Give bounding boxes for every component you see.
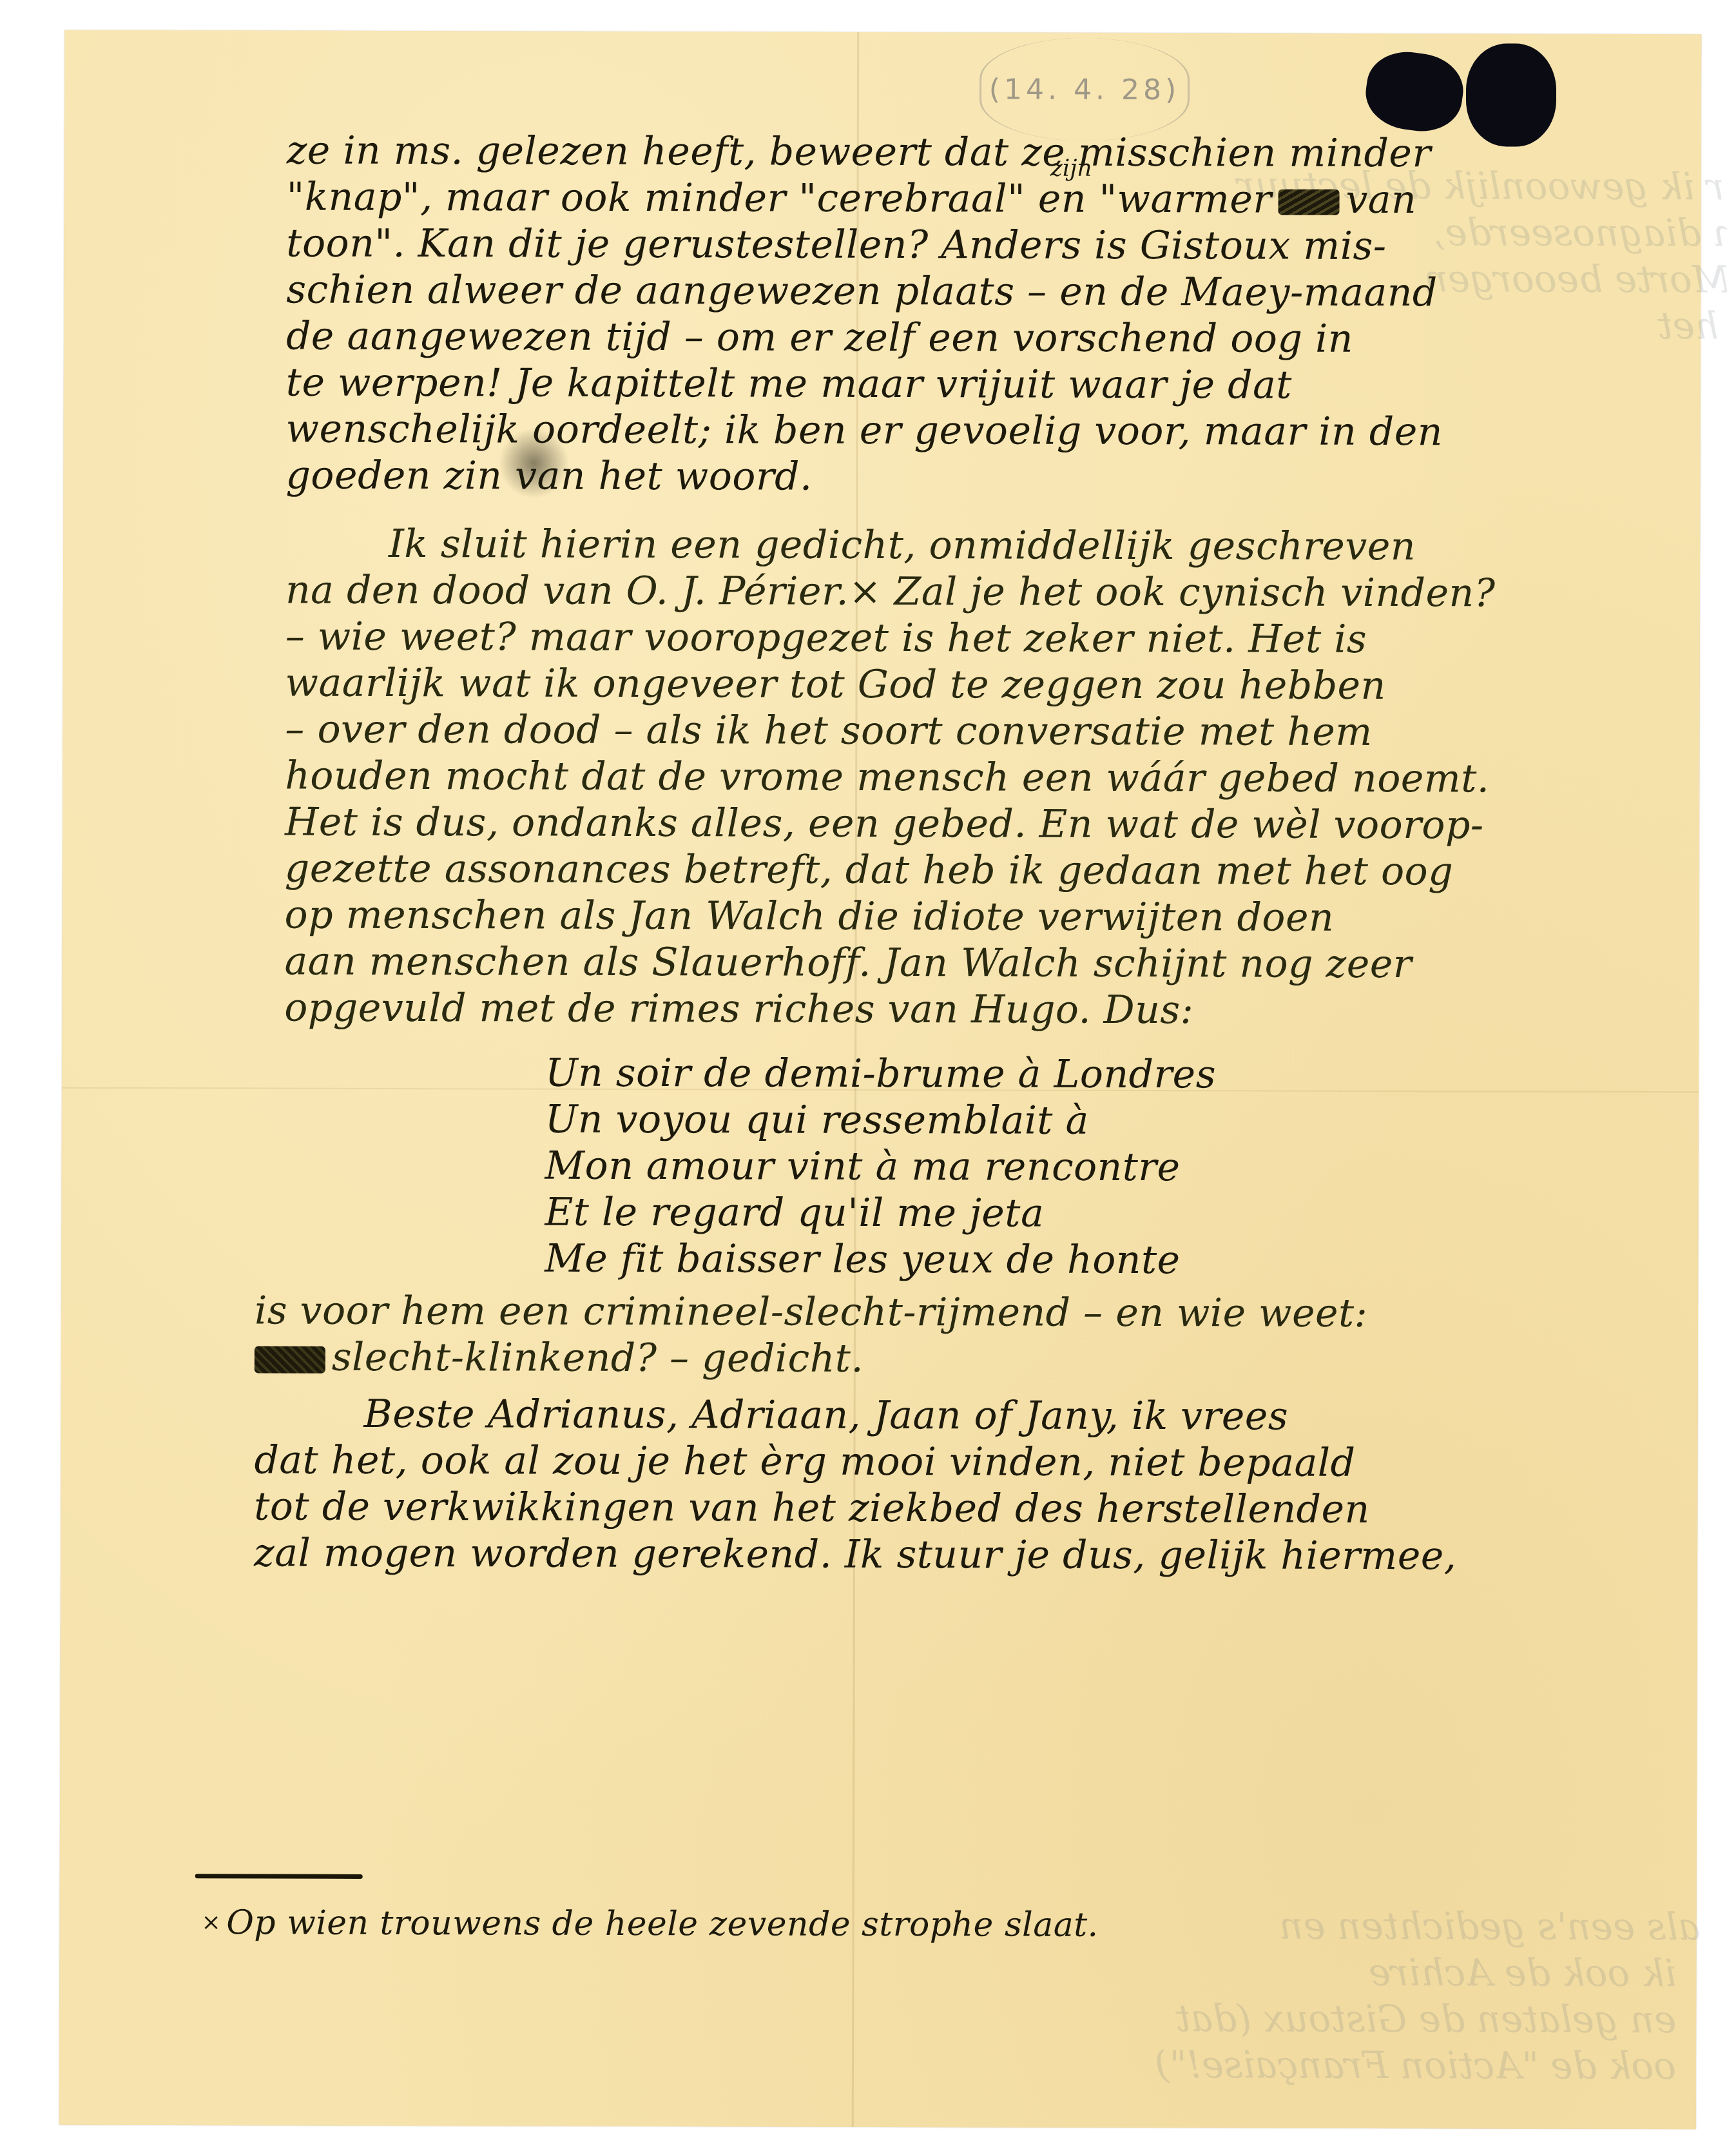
text-line: aan menschen als Slauerhoff. Jan Walch s…	[284, 938, 1494, 988]
ink-smudge	[498, 427, 569, 498]
text-line: wenschelijk oordeelt; ik ben er gevoelig…	[286, 406, 1443, 456]
text-fragment: "knap", maar ook minder "cerebraal" en "…	[286, 175, 1271, 222]
paragraph-2: Ik sluit hierin een gedicht, onmiddellij…	[284, 521, 1495, 1034]
insertion-zijn: zijn	[1050, 155, 1092, 182]
ink-blot	[1466, 43, 1556, 146]
pencil-date-annotation: (14. 4. 28)	[979, 37, 1190, 141]
text-line: Ik sluit hierin een gedicht, onmiddellij…	[285, 521, 1496, 570]
paragraph-3: is voor hem een crimineel-slecht-rijmend…	[255, 1287, 1368, 1383]
bleed-through-text: als een's gedichten en ik ook de Achire …	[1155, 1902, 1701, 2089]
text-fragment: slecht-klinkend? – gedicht.	[332, 1335, 863, 1381]
text-line: – over den dood – als ik het soort conve…	[285, 706, 1495, 756]
paragraph-1: ze in ms. gelezen heeft, beweert dat ze …	[285, 128, 1443, 502]
text-line: schien alweer de aangewezen plaats – en …	[286, 267, 1443, 316]
text-line: slecht-klinkend? – gedicht.	[255, 1334, 1367, 1383]
text-line: zal mogen worden gerekend. Ik stuur je d…	[254, 1530, 1457, 1579]
text-line: waarlijk wat ik ongeveer tot God te zegg…	[285, 660, 1496, 710]
poem-line: Et le regard qu'il me jeta	[545, 1189, 1215, 1238]
text-line: is voor hem een crimineel-slecht-rijmend…	[255, 1287, 1367, 1337]
footnote: ×Op wien trouwens de heele zevende strop…	[201, 1899, 1098, 1948]
text-line: Het is dus, ondanks alles, een gebed. En…	[285, 799, 1495, 849]
text-line: gezette assonances betreft, dat heb ik g…	[285, 846, 1495, 895]
ink-blot	[1361, 46, 1467, 137]
text-line: de aangewezen tijd – om er zelf een vors…	[286, 313, 1443, 363]
text-line: Beste Adrianus, Adriaan, Jaan of Jany, i…	[255, 1390, 1458, 1440]
footnote-marker: ×	[202, 1909, 222, 1936]
footnote-rule	[195, 1874, 363, 1879]
text-line: opgevuld met de rimes riches van Hugo. D…	[284, 985, 1494, 1034]
text-line: op menschen als Jan Walch die idiote ver…	[285, 892, 1495, 942]
poem-line: Un voyou qui ressemblait à	[545, 1096, 1216, 1145]
text-line: ze in ms. gelezen heeft, beweert dat ze …	[287, 128, 1443, 177]
footnote-text: Op wien trouwens de heele zevende stroph…	[226, 1903, 1099, 1945]
text-line: goeden zin van het woord.	[285, 452, 1442, 502]
text-line: na den dood van O. J. Périer.× Zal je he…	[285, 567, 1496, 617]
text-line: te werpen! Je kapittelt me maar vrijuit …	[286, 360, 1443, 409]
poem-line: Un soir de demi-brume à Londres	[545, 1050, 1216, 1098]
text-line: dat het, ook al zou je het èrg mooi vind…	[254, 1437, 1457, 1486]
text-fragment: van	[1346, 177, 1416, 222]
poem-line: Mon amour vint à ma rencontre	[545, 1143, 1216, 1191]
paragraph-4: Beste Adrianus, Adriaan, Jaan of Jany, i…	[254, 1390, 1457, 1579]
text-line: "knap", maar ook minder "cerebraal" en "…	[286, 174, 1443, 224]
crossed-out-word	[1278, 189, 1339, 215]
text-line: – wie weet? maar vooropgezet is het zeke…	[285, 614, 1496, 663]
text-line: toon". Kan dit je gerustestellen? Anders…	[286, 220, 1443, 270]
text-line: tot de verkwikkingen van het ziekbed des…	[254, 1483, 1457, 1533]
crossed-out-word	[255, 1346, 325, 1374]
text-line: houden mocht dat de vrome mensch een wáá…	[285, 753, 1495, 802]
letter-paper: waar ik gewoonlijk de lectuur ren diagno…	[59, 30, 1702, 2130]
poem-line: Me fit baisser les yeux de honte	[545, 1236, 1215, 1284]
poem-quotation: Un soir de demi-brume à Londres Un voyou…	[545, 1050, 1216, 1284]
